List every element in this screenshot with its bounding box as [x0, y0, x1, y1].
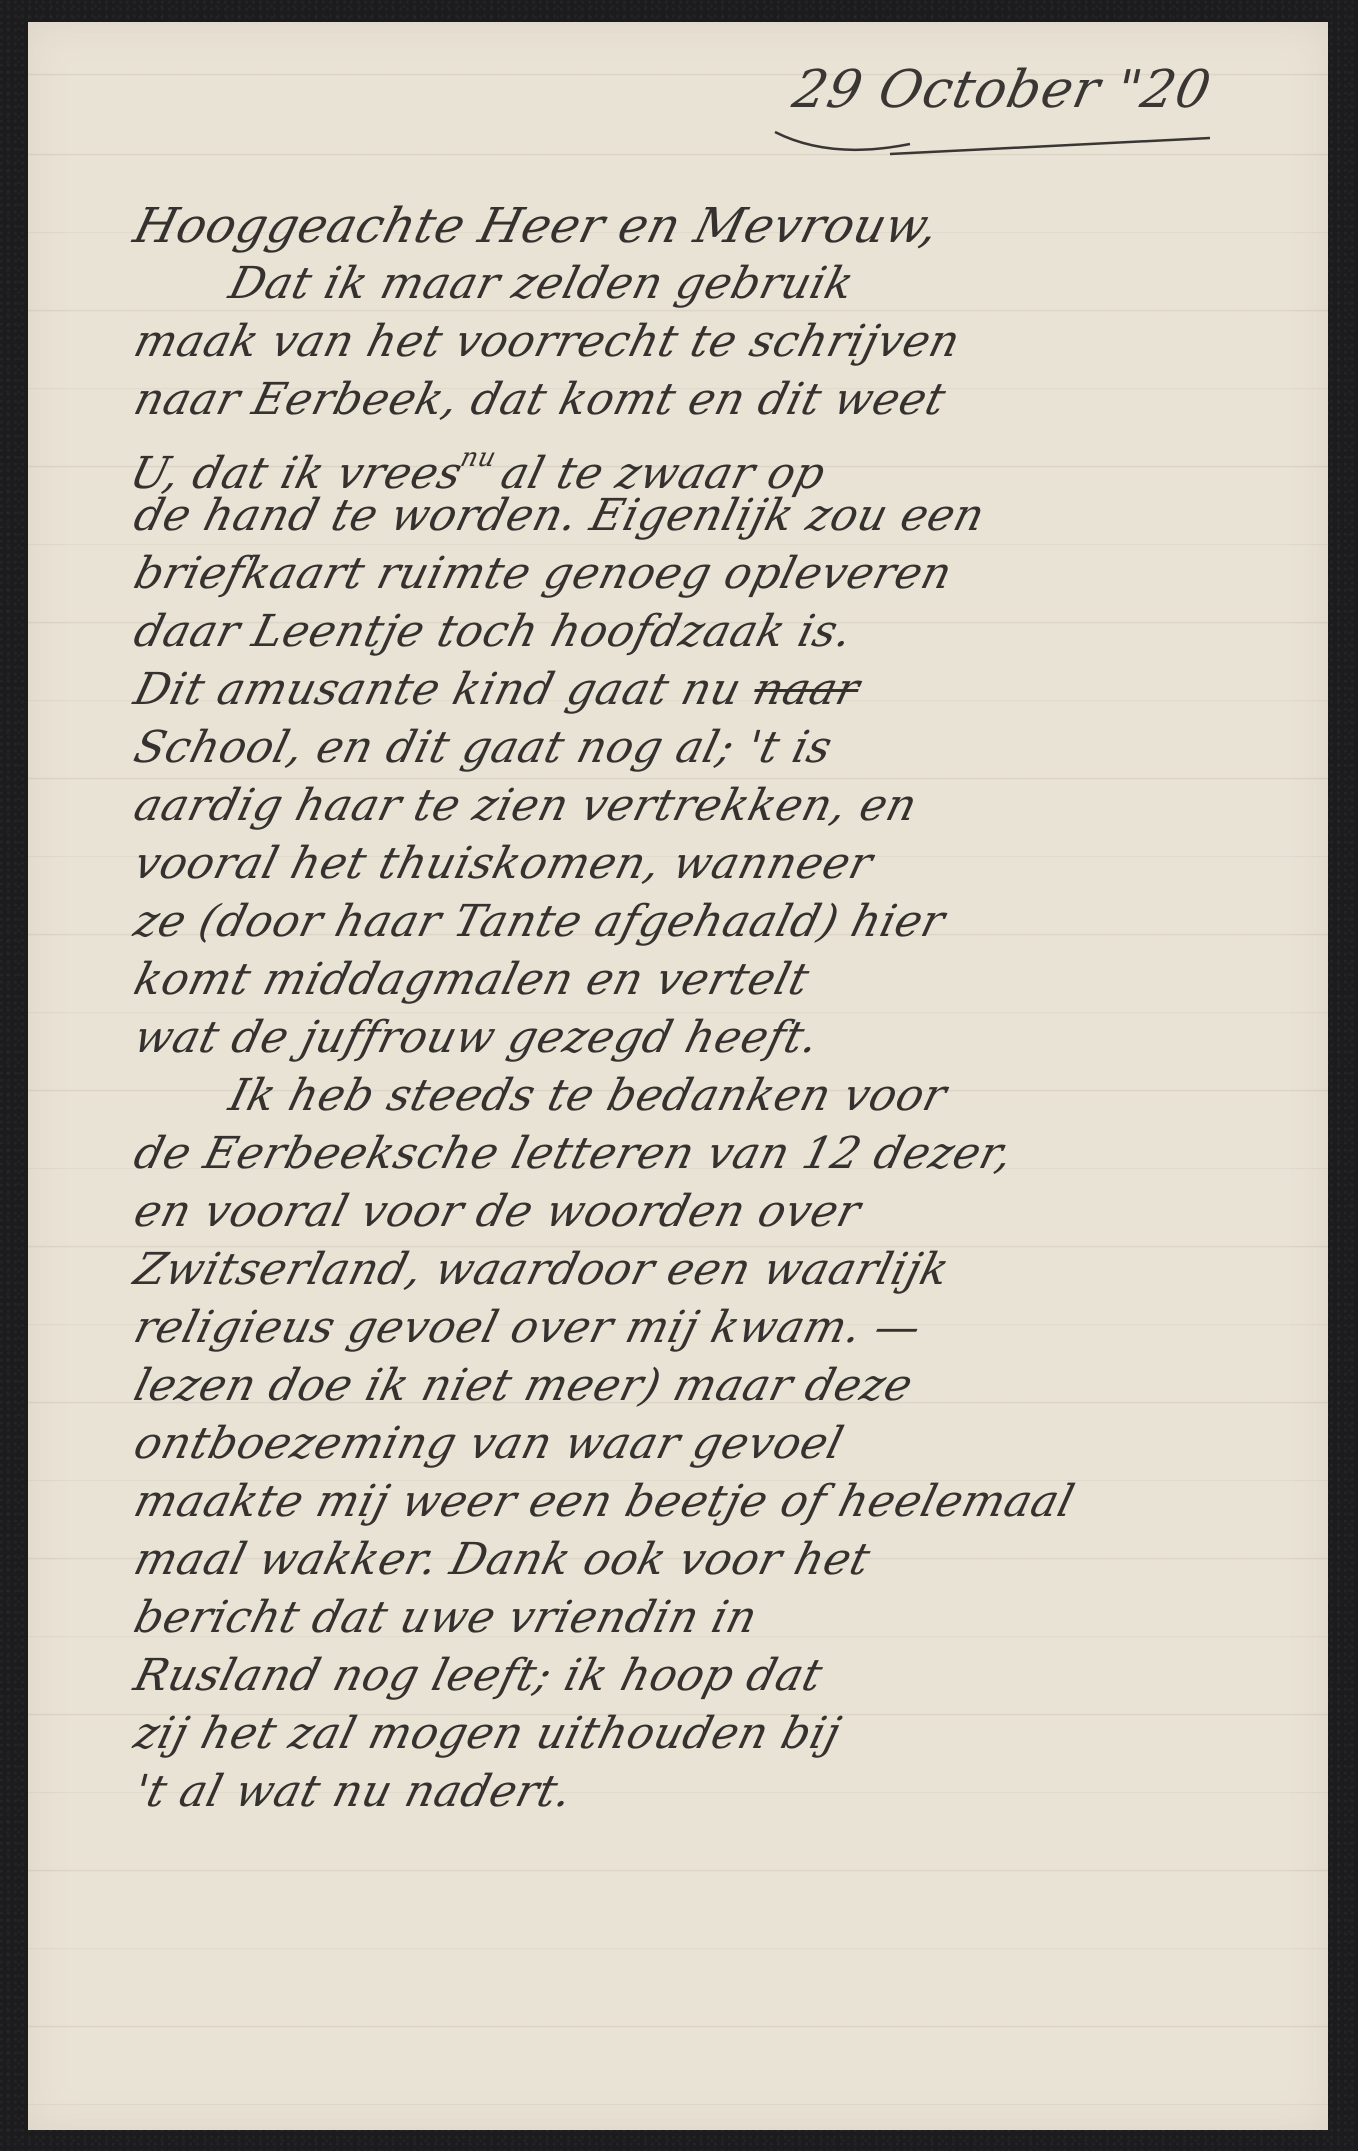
- struck-word: naar: [748, 664, 865, 715]
- letter-line: briefkaart ruimte genoeg opleveren: [128, 545, 1292, 603]
- letter-line: de Eerbeeksche letteren van 12 dezer,: [128, 1125, 1292, 1183]
- letter-line: maak van het voorrecht te schrijven: [128, 313, 1292, 371]
- letter-line: wat de juffrouw gezegd heeft.: [128, 1009, 1292, 1067]
- letter-line: Ik heb steeds te bedanken voor: [128, 1067, 1292, 1125]
- letter-line: komt middagmalen en vertelt: [128, 951, 1292, 1009]
- date-underline-flourish: [770, 130, 1210, 160]
- letter-page: 29 October "20 Hooggeachte Heer en Mevro…: [28, 22, 1328, 2130]
- letter-line: lezen doe ik niet meer) maar deze: [128, 1357, 1292, 1415]
- letter-line: naar Eerbeek, dat komt en dit weet: [128, 371, 1292, 429]
- date-block: 29 October "20: [750, 60, 1210, 160]
- letter-line: Dit amusante kind gaat nu naar: [128, 661, 1292, 719]
- letter-line: ontboezeming van waar gevoel: [128, 1415, 1292, 1473]
- letter-line: maakte mij weer een beetje of heelemaal: [128, 1473, 1292, 1531]
- letter-line: 't al wat nu nadert.: [128, 1763, 1292, 1821]
- letter-line: religieus gevoel over mij kwam. —: [128, 1299, 1292, 1357]
- letter-line: zij het zal mogen uithouden bij: [128, 1705, 1292, 1763]
- letter-line: U, dat ik vreesnu al te zwaar op: [128, 429, 1292, 487]
- letter-line: en vooral voor de woorden over: [128, 1183, 1292, 1241]
- letter-line: aardig haar te zien vertrekken, en: [128, 777, 1292, 835]
- letter-line: ze (door haar Tante afgehaald) hier: [128, 893, 1292, 951]
- letter-line: de hand te worden. Eigenlijk zou een: [128, 487, 1292, 545]
- letter-line: Rusland nog leeft; ik hoop dat: [128, 1647, 1292, 1705]
- letter-line: School, en dit gaat nog al; 't is: [128, 719, 1292, 777]
- letter-line: Zwitserland, waardoor een waarlijk: [128, 1241, 1292, 1299]
- letter-line: maal wakker. Dank ook voor het: [128, 1531, 1292, 1589]
- letter-date: 29 October "20: [787, 60, 1216, 120]
- letter-line: bericht dat uwe vriendin in: [128, 1589, 1292, 1647]
- letter-body: Hooggeachte Heer en Mevrouw, Dat ik maar…: [128, 197, 1278, 1821]
- salutation: Hooggeachte Heer en Mevrouw,: [128, 197, 1292, 255]
- letter-line: vooral het thuiskomen, wanneer: [128, 835, 1292, 893]
- letter-line: Dat ik maar zelden gebruik: [128, 255, 1292, 313]
- line-text: Dit amusante kind gaat nu: [129, 664, 747, 715]
- letter-line: daar Leentje toch hoofdzaak is.: [128, 603, 1292, 661]
